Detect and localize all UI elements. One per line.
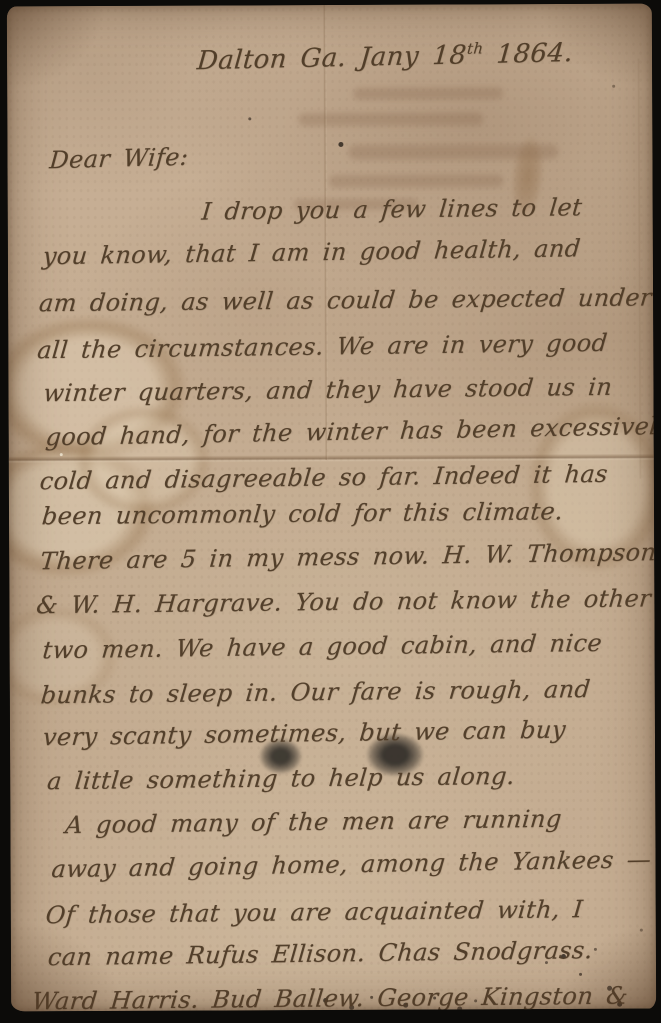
letter-line: cold and disagreeable so far. Indeed it … bbox=[39, 462, 609, 493]
letter-line: good hand, for the winter has been exces… bbox=[45, 414, 657, 450]
letter-line: am doing, as well as could be expected u… bbox=[38, 285, 653, 315]
letter-line: you know, that I am in good health, and bbox=[42, 236, 582, 268]
letter-line: A good many of the men are running bbox=[64, 807, 563, 838]
letter-line: There are 5 in my mess now. H. W. Thomps… bbox=[39, 540, 656, 573]
letter-paper: Dalton Ga. Jany 18th 1864. Dear Wife: I … bbox=[7, 4, 656, 1012]
letter-line: two men. We have a good cabin, and nice bbox=[42, 631, 604, 662]
bleedthrough-smudge bbox=[329, 174, 504, 188]
letter-line: I drop you a few lines to let bbox=[201, 195, 584, 223]
dateline-text: Dalton Ga. Jany 18 bbox=[196, 40, 468, 76]
letter-line: away and going home, among the Yankees — bbox=[51, 847, 653, 881]
letter-line: very scanty sometimes, but we can buy bbox=[42, 717, 567, 749]
letter-line: & W. H. Hargrave. You do not know the ot… bbox=[35, 586, 652, 617]
dateline-superscript: th bbox=[466, 39, 484, 57]
paper-specks bbox=[7, 6, 10, 9]
letter-line: Ward Harris. Bud Ballew. George Kingston… bbox=[31, 984, 629, 1012]
letter-line: been uncommonly cold for this climate. bbox=[41, 499, 564, 528]
letter-line: Of those that you are acquainted with, I bbox=[45, 897, 584, 927]
bleedthrough-smudge bbox=[353, 87, 503, 100]
letter-line: all the circumstances. We are in very go… bbox=[36, 331, 608, 362]
bleedthrough-smudge bbox=[348, 144, 558, 160]
letter-line: winter quarters, and they have stood us … bbox=[42, 375, 613, 405]
scanner-bed: Dalton Ga. Jany 18th 1864. Dear Wife: I … bbox=[0, 0, 661, 1023]
dateline-year: 1864. bbox=[482, 38, 575, 70]
letter-line: a little something to help us along. bbox=[46, 764, 516, 793]
letter-line: bunks to sleep in. Our fare is rough, an… bbox=[40, 677, 592, 707]
bleedthrough-smudge bbox=[298, 112, 483, 126]
letter-salutation: Dear Wife: bbox=[49, 145, 190, 173]
letter-dateline: Dalton Ga. Jany 18th 1864. bbox=[196, 39, 574, 74]
letter-line: can name Rufus Ellison. Chas Snodgrass. bbox=[47, 938, 594, 969]
